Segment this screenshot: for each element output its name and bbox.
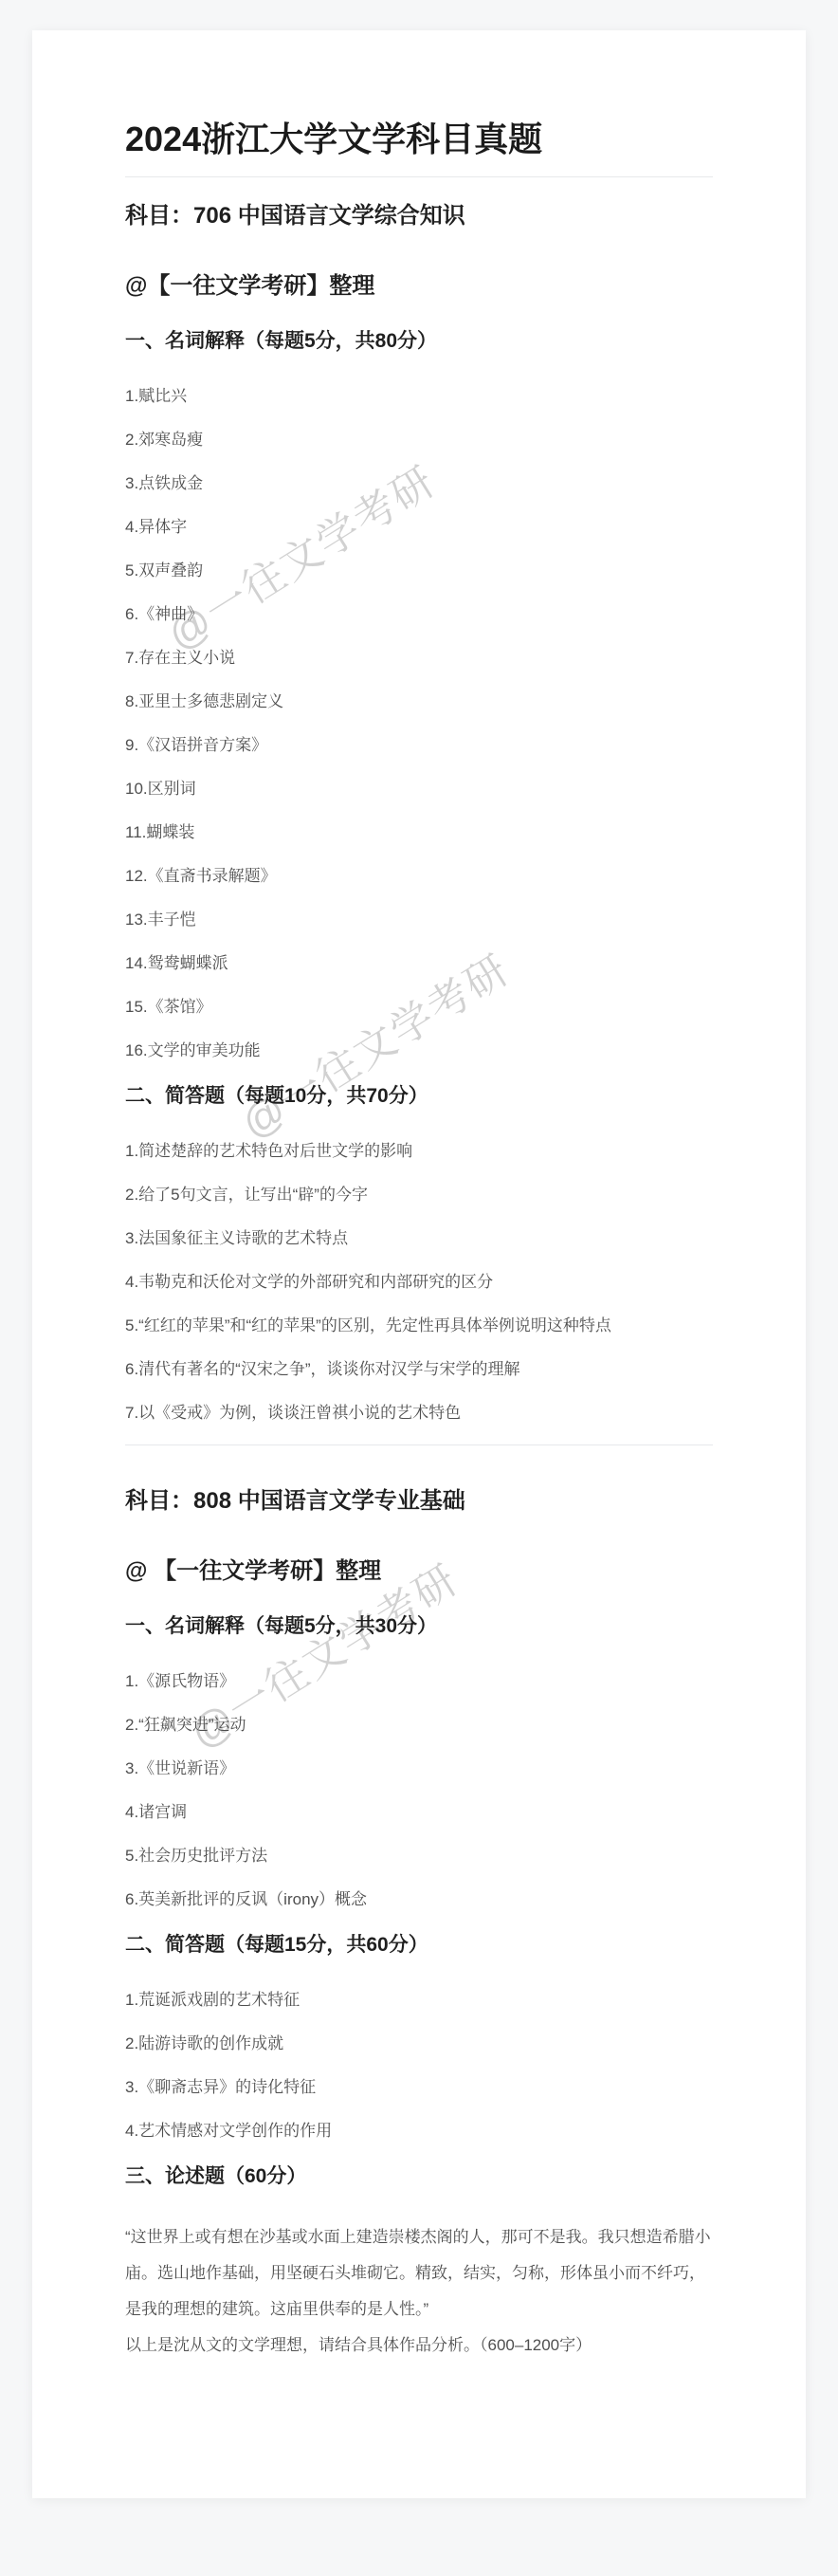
essay-block: “这世界上或有想在沙基或水面上建造崇楼杰阁的人，那可不是我。我只想造希腊小庙。选… — [125, 2219, 713, 2364]
question-item: 5.“红红的苹果”和“红的苹果”的区别，先定性再具体举例说明这种特点 — [125, 1314, 713, 1338]
question-item: 1.简述楚辞的艺术特色对后世文学的影响 — [125, 1139, 713, 1164]
question-list: 1.《源氏物语》2.“狂飙突进”运动3.《世说新语》4.诸宫调5.社会历史批评方… — [125, 1669, 713, 1912]
question-item: 8.亚里士多德悲剧定义 — [125, 690, 713, 714]
section-heading: 一、名词解释（每题5分，共30分） — [125, 1612, 713, 1641]
question-item: 4.诸宫调 — [125, 1800, 713, 1825]
question-item: 6.清代有著名的“汉宋之争”，谈谈你对汉学与宋学的理解 — [125, 1357, 713, 1382]
question-item: 11.蝴蝶装 — [125, 820, 713, 845]
subject-heading: 科目：706 中国语言文学综合知识 — [125, 200, 713, 232]
subject-divider — [125, 1444, 713, 1445]
question-item: 2.给了5句文言，让写出“辟”的今字 — [125, 1183, 713, 1207]
question-item: 2.“狂飙突进”运动 — [125, 1713, 713, 1738]
question-list: 1.荒诞派戏剧的艺术特征2.陆游诗歌的创作成就3.《聊斋志异》的诗化特征4.艺术… — [125, 1988, 713, 2144]
question-item: 3.《聊斋志异》的诗化特征 — [125, 2075, 713, 2100]
essay-paragraph: 以上是沈从文的文学理想，请结合具体作品分析。（600–1200字） — [125, 2328, 713, 2364]
question-item: 10.区别词 — [125, 777, 713, 801]
question-item: 14.鸳鸯蝴蝶派 — [125, 951, 713, 976]
question-item: 4.艺术情感对文学创作的作用 — [125, 2119, 713, 2144]
essay-paragraph: “这世界上或有想在沙基或水面上建造崇楼杰阁的人，那可不是我。我只想造希腊小庙。选… — [125, 2219, 713, 2328]
question-item: 15.《茶馆》 — [125, 995, 713, 1020]
document-card: @一往文学考研 @一往文学考研 @一往文学考研 2024浙江大学文学科目真题 科… — [32, 30, 806, 2498]
question-item: 3.法国象征主义诗歌的艺术特点 — [125, 1226, 713, 1251]
question-item: 1.《源氏物语》 — [125, 1669, 713, 1694]
section-heading: 二、简答题（每题10分，共70分） — [125, 1082, 713, 1111]
question-item: 3.《世说新语》 — [125, 1757, 713, 1781]
question-list: 1.简述楚辞的艺术特色对后世文学的影响2.给了5句文言，让写出“辟”的今字3.法… — [125, 1139, 713, 1426]
question-list: 1.赋比兴2.郊寒岛瘦3.点铁成金4.异体字5.双声叠韵6.《神曲》7.存在主义… — [125, 384, 713, 1063]
question-item: 5.社会历史批评方法 — [125, 1844, 713, 1868]
section-heading: 二、简答题（每题15分，共60分） — [125, 1931, 713, 1960]
document-content: 2024浙江大学文学科目真题 科目：706 中国语言文学综合知识@【一往文学考研… — [125, 121, 713, 2364]
question-item: 7.以《受戒》为例，谈谈汪曾祺小说的艺术特色 — [125, 1401, 713, 1426]
question-item: 7.存在主义小说 — [125, 646, 713, 671]
section-heading: 三、论述题（60分） — [125, 2162, 713, 2191]
subjects-root: 科目：706 中国语言文学综合知识@【一往文学考研】整理一、名词解释（每题5分，… — [125, 200, 713, 2364]
subject-heading: 科目：808 中国语言文学专业基础 — [125, 1485, 713, 1518]
question-item: 1.荒诞派戏剧的艺术特征 — [125, 1988, 713, 2013]
question-item: 2.陆游诗歌的创作成就 — [125, 2032, 713, 2056]
credit-line: @【一往文学考研】整理 — [125, 270, 713, 303]
credit-line: @ 【一往文学考研】整理 — [125, 1555, 713, 1588]
page-title: 2024浙江大学文学科目真题 — [125, 121, 713, 157]
question-item: 9.《汉语拼音方案》 — [125, 733, 713, 758]
question-item: 3.点铁成金 — [125, 471, 713, 496]
question-item: 2.郊寒岛瘦 — [125, 428, 713, 452]
question-item: 5.双声叠韵 — [125, 559, 713, 583]
title-divider — [125, 176, 713, 177]
question-item: 1.赋比兴 — [125, 384, 713, 409]
question-item: 6.《神曲》 — [125, 602, 713, 627]
section-heading: 一、名词解释（每题5分，共80分） — [125, 327, 713, 356]
question-item: 16.文学的审美功能 — [125, 1039, 713, 1063]
question-item: 12.《直斋书录解题》 — [125, 864, 713, 889]
question-item: 4.韦勒克和沃伦对文学的外部研究和内部研究的区分 — [125, 1270, 713, 1295]
question-item: 6.英美新批评的反讽（irony）概念 — [125, 1887, 713, 1912]
question-item: 13.丰子恺 — [125, 908, 713, 932]
question-item: 4.异体字 — [125, 515, 713, 540]
page: @一往文学考研 @一往文学考研 @一往文学考研 2024浙江大学文学科目真题 科… — [0, 30, 838, 2498]
